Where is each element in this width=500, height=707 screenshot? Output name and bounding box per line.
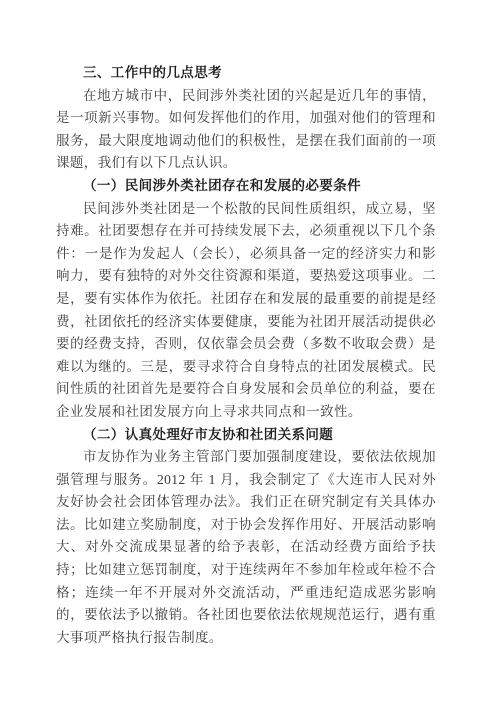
document-page: 三、工作中的几点思考 在地方城市中，民间涉外类社团的兴起是近几年的事情，是一项新… — [0, 0, 500, 707]
intro-paragraph: 在地方城市中，民间涉外类社团的兴起是近几年的事情，是一项新兴事物。如何发挥他们的… — [56, 85, 436, 175]
subsection-one-paragraph: 民间涉外类社团是一个松散的民间性质组织，成立易，坚持难。社团要想存在并可持续发展… — [56, 198, 436, 424]
document-text-block: 三、工作中的几点思考 在地方城市中，民间涉外类社团的兴起是近几年的事情，是一项新… — [56, 62, 436, 649]
subsection-heading-one: （一）民间涉外类社团存在和发展的必要条件 — [56, 175, 436, 198]
section-heading-three: 三、工作中的几点思考 — [56, 62, 436, 85]
subsection-two-paragraph: 市友协作为业务主管部门要加强制度建设，要依法依规加强管理与服务。2012 年 1… — [56, 446, 436, 649]
subsection-heading-two: （二）认真处理好市友协和社团关系问题 — [56, 424, 436, 447]
